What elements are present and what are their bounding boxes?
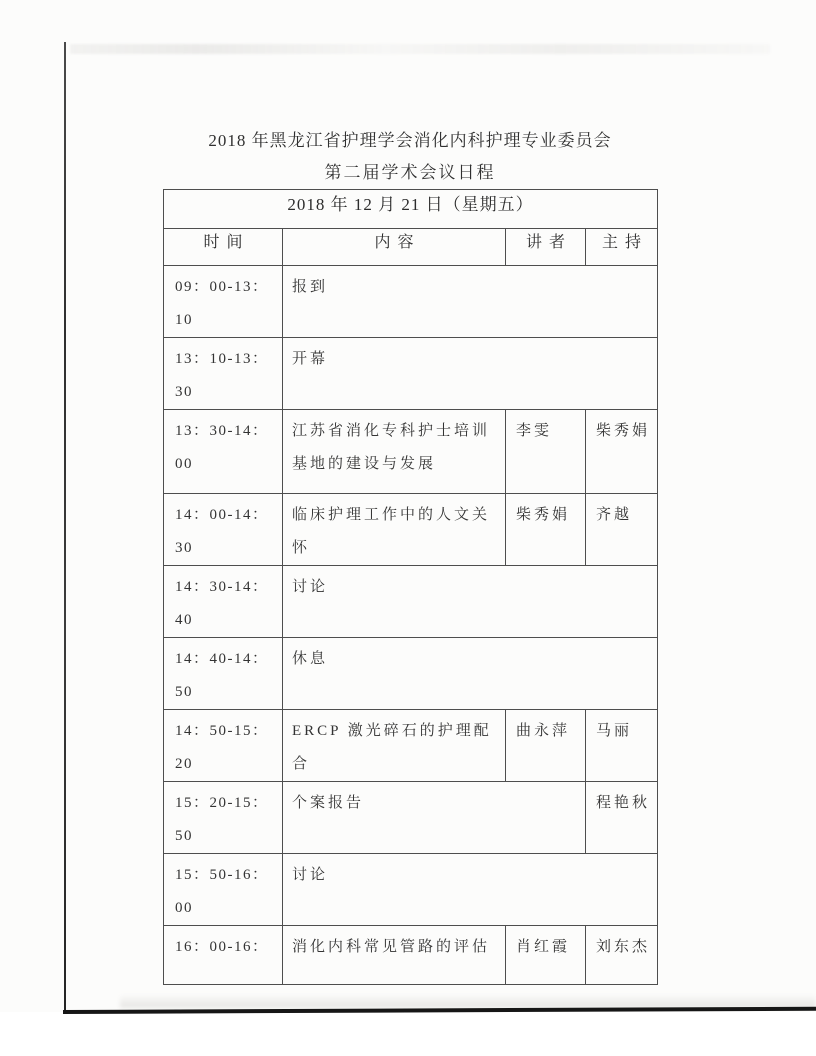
time-cell: 15：20-15： 50 [164,782,283,854]
content-cell: ERCP 激光碎石的护理配合 [283,710,506,782]
content-cell: 休息 [283,638,658,710]
host-cell: 柴秀娟 [586,410,658,494]
column-header-time: 时间 [164,229,283,266]
schedule-row: 16：00-16：消化内科常见管路的评估肖红霞刘东杰 [164,926,658,985]
content-cell: 报到 [283,266,658,338]
scanned-document-page: { "document": { "title_line1": "2018 年黑龙… [0,0,816,1056]
time-cell: 14：40-14： 50 [164,638,283,710]
paper-bottom-shadow [120,994,816,1008]
column-header-content: 内容 [283,229,506,266]
host-cell: 刘东杰 [586,926,658,985]
time-cell: 14：30-14： 40 [164,566,283,638]
schedule-row: 13：30-14： 00江苏省消化专科护士培训 基地的建设与发展李雯柴秀娟 [164,410,658,494]
schedule-row: 14：30-14： 40讨论 [164,566,658,638]
column-header-row: 时间 内容 讲者 主持 [164,229,658,266]
content-cell: 讨论 [283,566,658,638]
schedule-row: 15：50-16： 00讨论 [164,854,658,926]
date-header-row: 2018 年 12 月 21 日（星期五） [164,190,658,229]
schedule-row: 14：50-15： 20ERCP 激光碎石的护理配合曲永萍马丽 [164,710,658,782]
content-cell: 消化内科常见管路的评估 [283,926,506,985]
document-title: 2018 年黑龙江省护理学会消化内科护理专业委员会 [163,129,657,153]
time-cell: 13：30-14： 00 [164,410,283,494]
schedule-table: 2018 年 12 月 21 日（星期五） 时间 内容 讲者 主持 09：00-… [163,189,658,985]
date-header: 2018 年 12 月 21 日（星期五） [164,190,658,229]
schedule-body: 09：00-13： 10报到13：10-13： 30开幕13：30-14： 00… [164,266,658,985]
column-header-host: 主持 [586,229,658,266]
speaker-cell: 曲永萍 [506,710,586,782]
speaker-cell: 柴秀娟 [506,494,586,566]
time-cell: 14：50-15： 20 [164,710,283,782]
host-cell: 齐越 [586,494,658,566]
host-cell: 程艳秋 [586,782,658,854]
schedule-row: 13：10-13： 30开幕 [164,338,658,410]
time-cell: 09：00-13： 10 [164,266,283,338]
scan-noise [70,44,770,54]
speaker-cell: 肖红霞 [506,926,586,985]
content-cell: 讨论 [283,854,658,926]
time-cell: 15：50-16： 00 [164,854,283,926]
host-cell: 马丽 [586,710,658,782]
schedule-row: 14：00-14： 30临床护理工作中的人文关 怀柴秀娟齐越 [164,494,658,566]
time-cell: 14：00-14： 30 [164,494,283,566]
time-cell: 16：00-16： [164,926,283,985]
content-cell: 个案报告 [283,782,586,854]
document-content: 2018 年黑龙江省护理学会消化内科护理专业委员会 第二届学术会议日程 2018… [163,129,657,985]
speaker-cell: 李雯 [506,410,586,494]
column-header-speaker: 讲者 [506,229,586,266]
content-cell: 临床护理工作中的人文关 怀 [283,494,506,566]
schedule-row: 15：20-15： 50个案报告程艳秋 [164,782,658,854]
time-cell: 13：10-13： 30 [164,338,283,410]
schedule-row: 09：00-13： 10报到 [164,266,658,338]
paper-left-edge-line [64,42,66,1012]
schedule-row: 14：40-14： 50休息 [164,638,658,710]
content-cell: 江苏省消化专科护士培训 基地的建设与发展 [283,410,506,494]
content-cell: 开幕 [283,338,658,410]
document-subtitle: 第二届学术会议日程 [163,161,657,185]
